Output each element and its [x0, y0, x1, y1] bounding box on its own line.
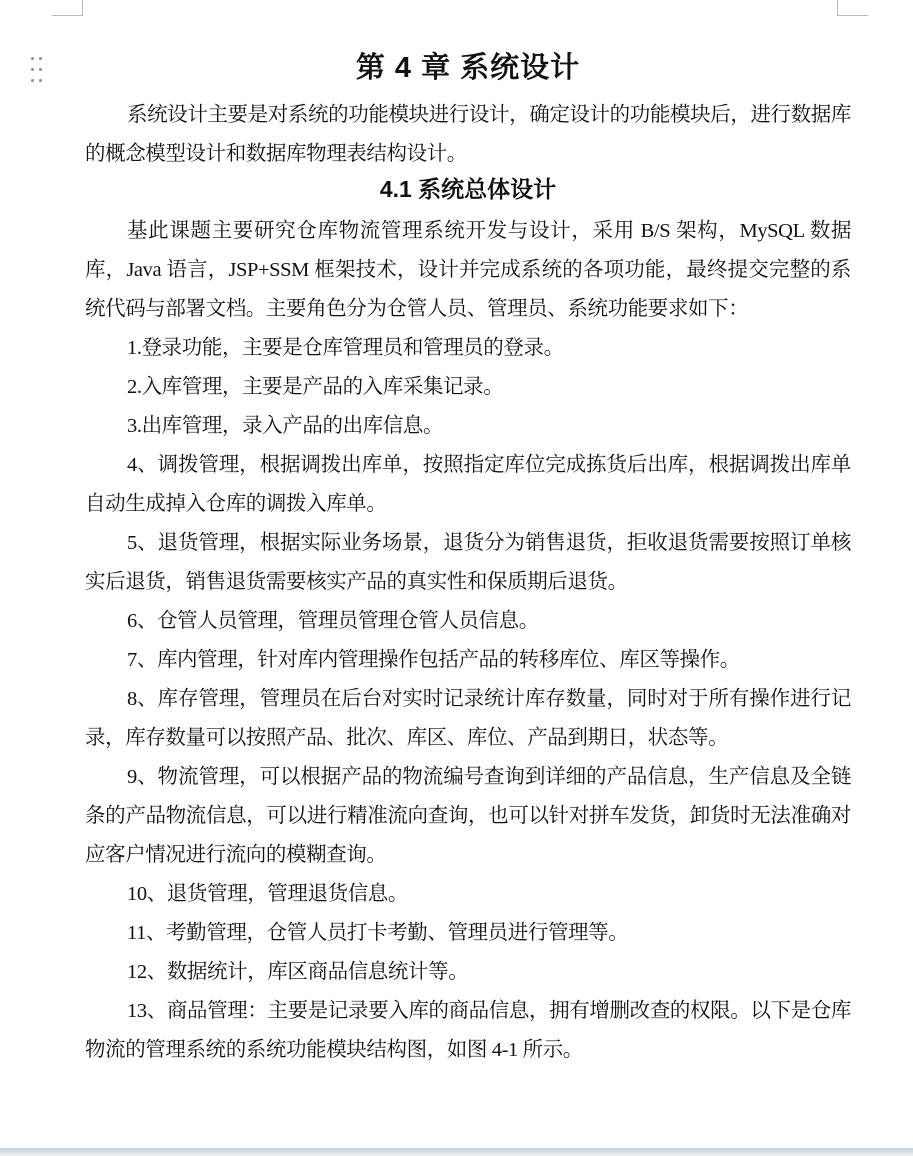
list-item-8[interactable]: 8、库存管理，管理员在后台对实时记录统计库存数量，同时对于所有操作进行记录，库存… [85, 680, 851, 758]
list-item-1[interactable]: 1.登录功能，主要是仓库管理员和管理员的登录。 [85, 329, 851, 368]
page-bottom-divider [0, 1148, 913, 1156]
list-item-6[interactable]: 6、仓管人员管理，管理员管理仓管人员信息。 [85, 602, 851, 641]
list-item-9[interactable]: 9、物流管理，可以根据产品的物流编号查询到详细的产品信息，生产信息及全链条的产品… [85, 758, 851, 875]
list-item-12[interactable]: 12、数据统计，库区商品信息统计等。 [85, 953, 851, 992]
list-item-5[interactable]: 5、退货管理，根据实际业务场景，退货分为销售退货，拒收退货需要按照订单核实后退货… [85, 524, 851, 602]
document-page: 第 4 章 系统设计 系统设计主要是对系统的功能模块进行设计，确定设计的功能模块… [85, 0, 851, 1070]
chapter-title[interactable]: 第 4 章 系统设计 [85, 0, 851, 86]
paragraph-drag-handle-icon[interactable] [31, 57, 42, 82]
section-heading[interactable]: 4.1 系统总体设计 [85, 175, 851, 203]
list-item-10[interactable]: 10、退货管理，管理退货信息。 [85, 875, 851, 914]
list-item-2[interactable]: 2.入库管理，主要是产品的入库采集记录。 [85, 368, 851, 407]
paragraph-section-overview[interactable]: 基此课题主要研究仓库物流管理系统开发与设计，采用 B/S 架构，MySQL 数据… [85, 212, 851, 329]
list-item-4[interactable]: 4、调拨管理，根据调拨出库单，按照指定库位完成拣货后出库，根据调拨出库单自动生成… [85, 446, 851, 524]
text-boundary-mark-top-left [52, 0, 83, 16]
list-item-7[interactable]: 7、库内管理，针对库内管理操作包括产品的转移库位、库区等操作。 [85, 641, 851, 680]
paragraph-chapter-intro[interactable]: 系统设计主要是对系统的功能模块进行设计，确定设计的功能模块后，进行数据库的概念模… [85, 96, 851, 174]
list-item-13[interactable]: 13、商品管理：主要是记录要入库的商品信息，拥有增删改查的权限。以下是仓库物流的… [85, 992, 851, 1070]
list-item-3[interactable]: 3.出库管理，录入产品的出库信息。 [85, 407, 851, 446]
list-item-11[interactable]: 11、考勤管理，仓管人员打卡考勤、管理员进行管理等。 [85, 914, 851, 953]
